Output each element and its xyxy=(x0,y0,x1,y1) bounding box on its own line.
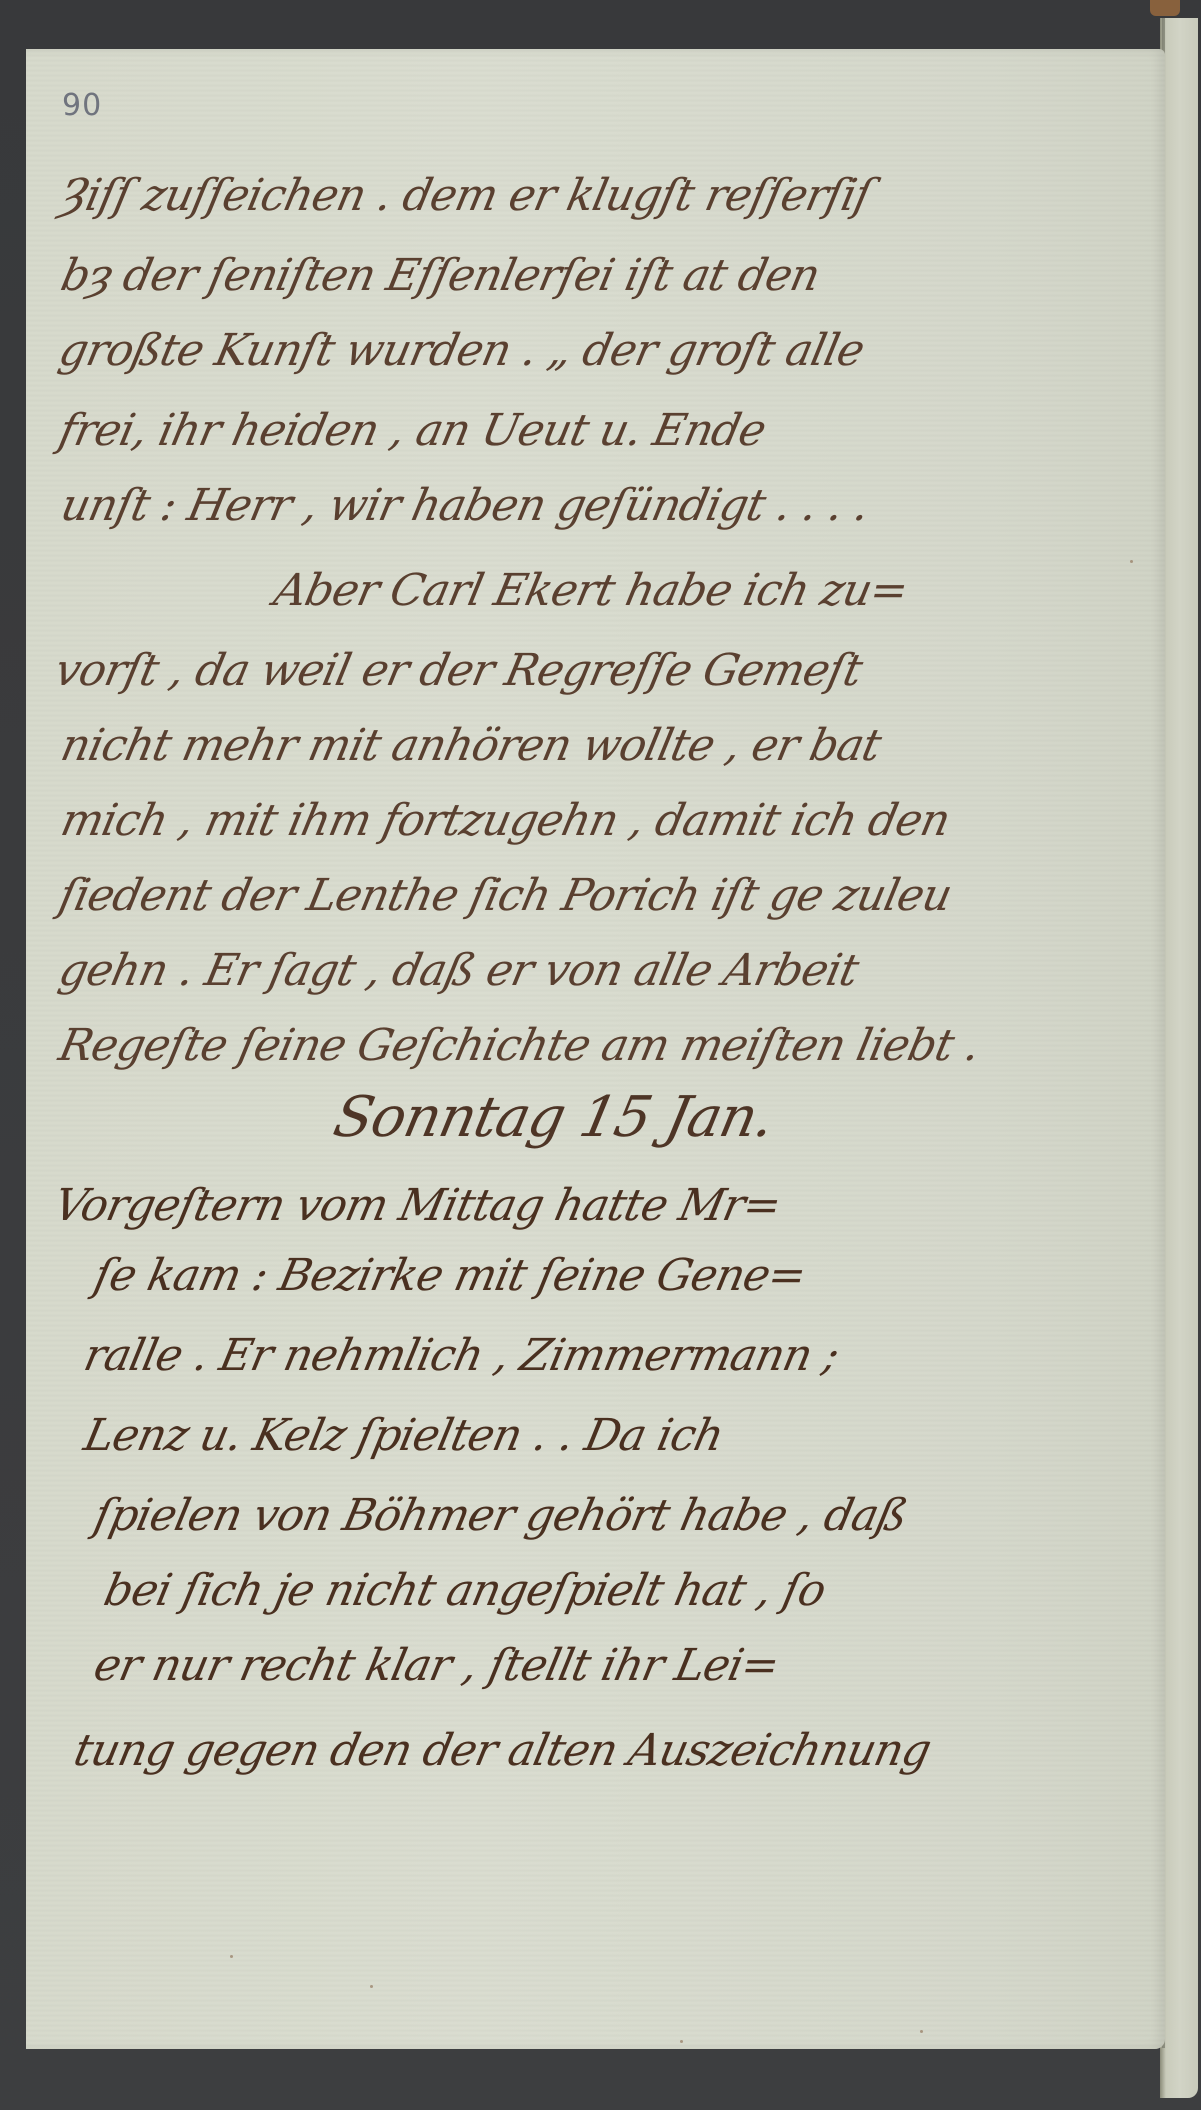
manuscript-line: tung gegen den der alten Auszeichnung xyxy=(70,1725,935,1776)
paper-speck xyxy=(230,1955,233,1958)
next-page-edge xyxy=(1160,18,1198,2098)
manuscript-line: Regeſte ſeine Geſchichte am meiſten lieb… xyxy=(55,1020,984,1071)
manuscript-line: ralle . Er nehmlich , Zimmermann ; xyxy=(80,1330,844,1381)
manuscript-line: er nur recht klar , ſtellt ihr Lei= xyxy=(90,1640,784,1691)
manuscript-line: ſpielen von Böhmer gehört habe , daß xyxy=(90,1490,912,1541)
entry-date-heading: Sonntag 15 Jan. xyxy=(328,1085,779,1150)
manuscript-line: ſiedent der Lenthe ſich Porich iſt ge zu… xyxy=(55,870,956,921)
manuscript-line: vorſt , da weil er der Regreſſe Gemeſt xyxy=(51,645,867,696)
paper-speck xyxy=(370,1985,373,1988)
manuscript-line: Lenz u. Kelz ſpielten . . Da ich xyxy=(80,1410,728,1461)
manuscript-line: großte Kunſt wurden . „ der groſt alle xyxy=(55,325,869,376)
manuscript-line: Ȝiſſ zuſſeichen . dem er klugſt reſſerſi… xyxy=(55,170,876,221)
manuscript-line: mich , mit ihm fortzugehn , damit ich de… xyxy=(57,795,954,846)
manuscript-line: frei, ihr heiden , an Ueut u. Ende xyxy=(55,405,770,456)
manuscript-line: unſt : Herr , wir haben geſündigt . . . … xyxy=(57,480,874,531)
folio-number: 90 xyxy=(62,88,102,123)
paper-speck xyxy=(680,2040,683,2043)
manuscript-line: bȝ der ſeniſten Eſſenlerſei iſt at den xyxy=(57,250,824,301)
binding-edge xyxy=(1150,0,1180,16)
manuscript-line: Aber Carl Ekert habe ich zu= xyxy=(270,565,913,616)
manuscript-line: bei ſich je nicht angeſpielt hat , ſo xyxy=(100,1565,830,1616)
manuscript-line: ſe kam : Bezirke mit ſeine Gene= xyxy=(90,1250,811,1301)
manuscript-line: gehn . Er ſagt , daß er von alle Arbeit xyxy=(55,945,863,996)
paper-speck xyxy=(1130,560,1133,563)
paper-speck xyxy=(920,2030,923,2033)
manuscript-line: Vorgeſtern vom Mittag hatte Mr= xyxy=(50,1180,786,1231)
manuscript-line: nicht mehr mit anhören wollte , er bat xyxy=(57,720,885,771)
